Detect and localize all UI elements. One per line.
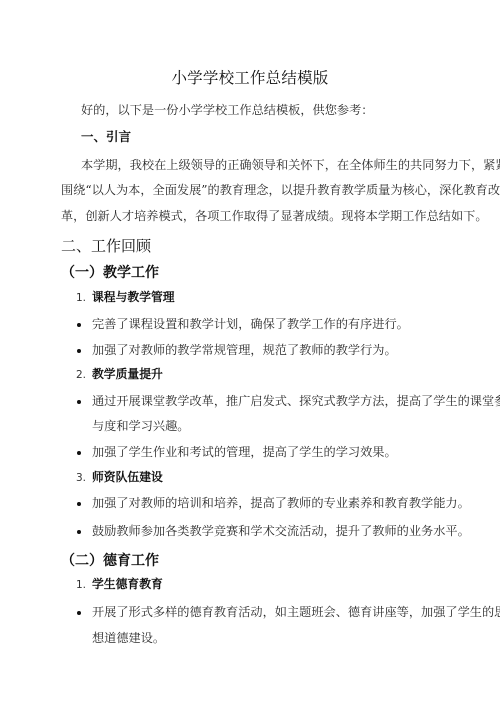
item-number: 3. — [76, 473, 86, 484]
item-number: 1. — [76, 293, 86, 304]
item-heading: 师资队伍建设 — [92, 472, 163, 484]
bullet-text-continued: 与度和学习兴趣。 — [92, 420, 190, 432]
paragraph-line: 围绕“以人为本，全面发展”的教育理念，以提升教育教学质量为核心，深化教育改 — [61, 184, 500, 196]
bullet-icon — [77, 349, 81, 353]
item-heading: 学生德育教育 — [92, 579, 163, 591]
item-heading: 教学质量提升 — [92, 369, 163, 381]
bullet-icon — [77, 502, 81, 506]
subsection-heading-moral-education: （二）德育工作 — [61, 554, 159, 568]
document-title: 小学学校工作总结模版 — [0, 71, 500, 87]
intro-line: 好的，以下是一份小学学校工作总结模板，供您参考： — [81, 104, 374, 116]
bullet-text-continued: 想道德建设。 — [92, 632, 165, 644]
bullet-icon — [77, 323, 81, 327]
bullet-text: 加强了对教师的培训和培养，提高了教师的专业素养和教育教学能力。 — [92, 497, 470, 509]
bullet-text: 加强了学生作业和考试的管理，提高了学生的学习效果。 — [92, 446, 397, 458]
item-heading: 课程与教学管理 — [92, 292, 175, 304]
paragraph-line: 本学期，我校在上级领导的正确领导和关怀下，在全体师生的共同努力下，紧紧 — [81, 159, 500, 171]
bullet-text: 加强了对教师的教学常规管理，规范了教师的教学行为。 — [92, 344, 397, 356]
section-heading-introduction: 一、引言 — [81, 131, 131, 144]
item-number: 2. — [76, 370, 86, 381]
bullet-icon — [77, 530, 81, 534]
bullet-icon — [77, 451, 81, 455]
bullet-text: 通过开展课堂教学改革，推广启发式、探究式教学方法，提高了学生的课堂参 — [92, 395, 500, 407]
paragraph-line: 革，创新人才培养模式，各项工作取得了显著成绩。现将本学期工作总结如下。 — [61, 210, 488, 222]
bullet-text: 鼓励教师参加各类教学竞赛和学术交流活动，提升了教师的业务水平。 — [92, 525, 470, 537]
bullet-icon — [77, 611, 81, 615]
section-heading-work-review: 二、工作回顾 — [61, 239, 151, 254]
bullet-text: 完善了课程设置和教学计划，确保了教学工作的有序进行。 — [92, 318, 409, 330]
subsection-heading-teaching: （一）教学工作 — [61, 266, 159, 280]
bullet-text: 开展了形式多样的德育教育活动，如主题班会、德育讲座等，加强了学生的思 — [92, 606, 500, 618]
document-page: 小学学校工作总结模版 好的，以下是一份小学学校工作总结模板，供您参考： 一、引言… — [0, 0, 500, 707]
item-number: 1. — [76, 580, 86, 591]
bullet-icon — [77, 400, 81, 404]
